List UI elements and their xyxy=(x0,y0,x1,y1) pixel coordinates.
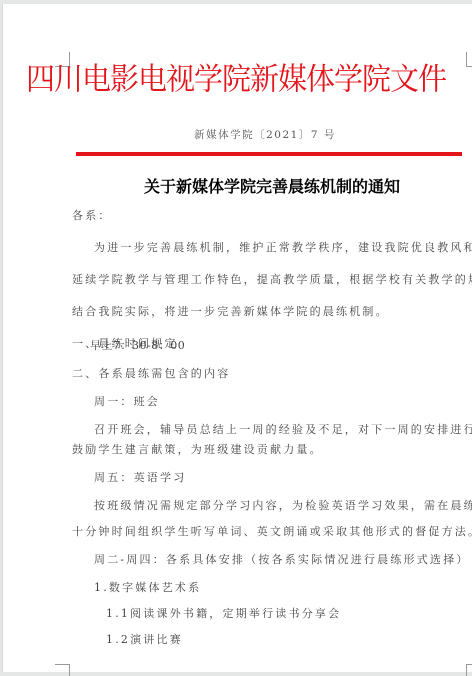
department-heading: 1.数字媒体艺术系 xyxy=(94,579,201,595)
intro-line: 结合我院实际，将进一步完善新媒体学院的晨练机制。 xyxy=(72,303,389,319)
document-header-title: 四川电影电视学院新媒体学院文件 xyxy=(0,59,472,99)
subsection-heading: 周五：英语学习 xyxy=(94,469,186,485)
intro-line: 延续学院教学与管理工作特色，提高教学质量，根据学校有关教学的规定， xyxy=(72,271,472,287)
schedule-time: 早上7：30-8：00 xyxy=(90,337,185,353)
subsection-heading: 周一：班会 xyxy=(94,393,160,409)
paragraph-line: 召开班会，辅导员总结上一周的经验及不足，对下一周的安排进行梳理， xyxy=(94,421,472,437)
paragraph-line: 十分钟时间组织学生听写单词、英文朗诵或采取其他形式的督促方法。 xyxy=(72,523,472,539)
notice-title: 关于新媒体学院完善晨练机制的通知 xyxy=(0,174,472,197)
list-item: 1.2演讲比赛 xyxy=(106,631,183,647)
paragraph-line: 鼓励学生建言献策，为班级建设贡献力量。 xyxy=(72,441,323,457)
document-number: 新媒体学院〔2021〕7 号 xyxy=(0,127,472,142)
list-item: 1.1阅读课外书籍，定期举行读书分享会 xyxy=(106,605,341,621)
salutation: 各系： xyxy=(72,207,112,223)
intro-line: 为进一步完善晨练机制，维护正常教学秩序，建设我院优良教风和学风， xyxy=(94,239,472,255)
margin-corner-mark-bottom-right xyxy=(466,664,472,676)
section-heading: 二、各系晨练需包含的内容 xyxy=(72,365,230,381)
subsection-heading: 周二-周四：各系具体安排（按各系实际情况进行晨练形式选择） xyxy=(94,551,470,567)
margin-corner-mark-bottom-left xyxy=(55,664,70,676)
red-header-rule xyxy=(76,152,462,156)
paragraph-line: 按班级情况需规定部分学习内容，为检验英语学习效果，需在晨练最后 xyxy=(94,497,472,513)
